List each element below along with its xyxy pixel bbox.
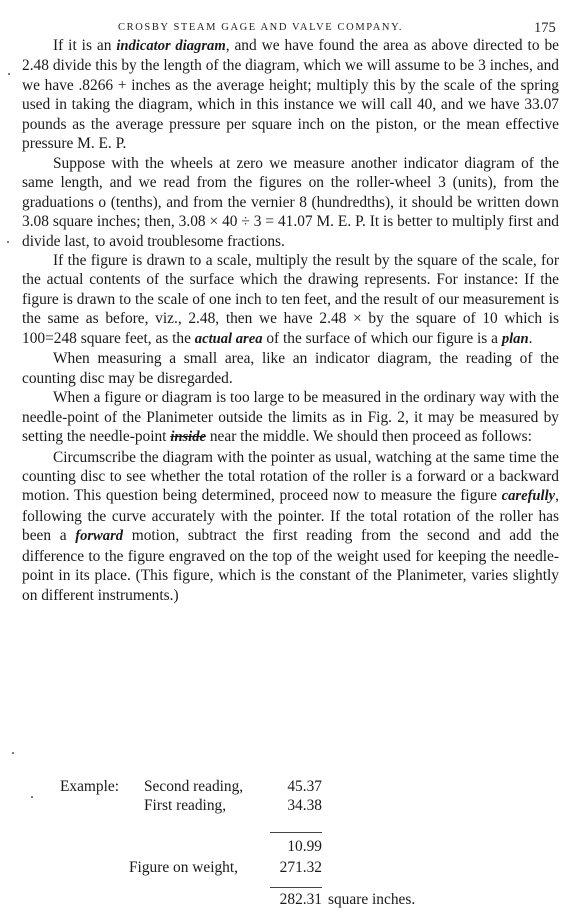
- paragraph-large-figure: When a figure or diagram is too large to…: [22, 388, 559, 447]
- book-page: CROSBY STEAM GAGE AND VALVE COMPANY. 175…: [0, 0, 580, 922]
- emphasis-text: forward: [75, 528, 123, 544]
- example-label: Figure on weight,: [129, 859, 238, 877]
- example-label: First reading,: [144, 797, 226, 815]
- paragraph-text: .: [529, 330, 533, 347]
- paragraph-text: When measuring a small area, like an ind…: [22, 350, 559, 386]
- paragraph-scale-drawing: If the figure is drawn to a scale, multi…: [22, 251, 559, 349]
- paragraph-text: Suppose with the wheels at zero we measu…: [22, 155, 559, 250]
- example-row-second-reading: Example: Second reading, 45.37: [0, 778, 580, 798]
- example-value: 282.31: [272, 891, 322, 909]
- paragraph-text: of the surface of which our figure is a: [263, 330, 502, 347]
- example-value: 271.32: [272, 859, 322, 877]
- paragraph-second-diagram: Suppose with the wheels at zero we measu…: [22, 154, 559, 251]
- body-text: If it is an indicator diagram, and we ha…: [22, 36, 559, 605]
- page-number: 175: [534, 20, 556, 37]
- running-title: CROSBY STEAM GAGE AND VALVE COMPANY.: [118, 22, 403, 33]
- margin-speck: [8, 73, 10, 75]
- example-row-figure-on-weight: Figure on weight, 271.32: [0, 859, 580, 879]
- sum-rule: [270, 832, 322, 833]
- example-label: Second reading,: [144, 778, 243, 796]
- example-row-first-reading: First reading, 34.38: [0, 797, 580, 817]
- margin-speck: [31, 796, 33, 798]
- example-value: 45.37: [272, 778, 322, 796]
- example-value: 10.99: [272, 838, 322, 856]
- paragraph-text: , and we have found the area as above di…: [22, 37, 559, 152]
- paragraph-small-area: When measuring a small area, like an ind…: [22, 349, 559, 388]
- emphasis-text: carefully: [502, 488, 556, 504]
- total-rule: [270, 887, 322, 888]
- paragraph-text: near the middle. We should then proceed …: [206, 428, 532, 445]
- example-calculation: Example: Second reading, 45.37 First rea…: [0, 778, 580, 918]
- paragraph-text: Circumscribe the diagram with the pointe…: [22, 449, 559, 505]
- paragraph-indicator-diagram: If it is an indicator diagram, and we ha…: [22, 36, 559, 154]
- paragraph-circumscribe: Circumscribe the diagram with the pointe…: [22, 448, 559, 606]
- example-intro: Example:: [60, 778, 119, 796]
- emphasis-text: actual area: [195, 331, 263, 347]
- margin-speck: [12, 752, 14, 754]
- emphasis-text: inside: [170, 429, 206, 445]
- example-value: 34.38: [272, 797, 322, 815]
- emphasis-text: plan: [502, 331, 529, 347]
- margin-speck: [7, 241, 9, 243]
- emphasis-text: indicator diagram: [116, 38, 225, 54]
- example-row-difference: 10.99: [0, 838, 580, 858]
- paragraph-text: If it is an: [53, 37, 116, 54]
- example-unit: square inches.: [328, 891, 415, 909]
- example-row-total: 282.31 square inches.: [0, 891, 580, 911]
